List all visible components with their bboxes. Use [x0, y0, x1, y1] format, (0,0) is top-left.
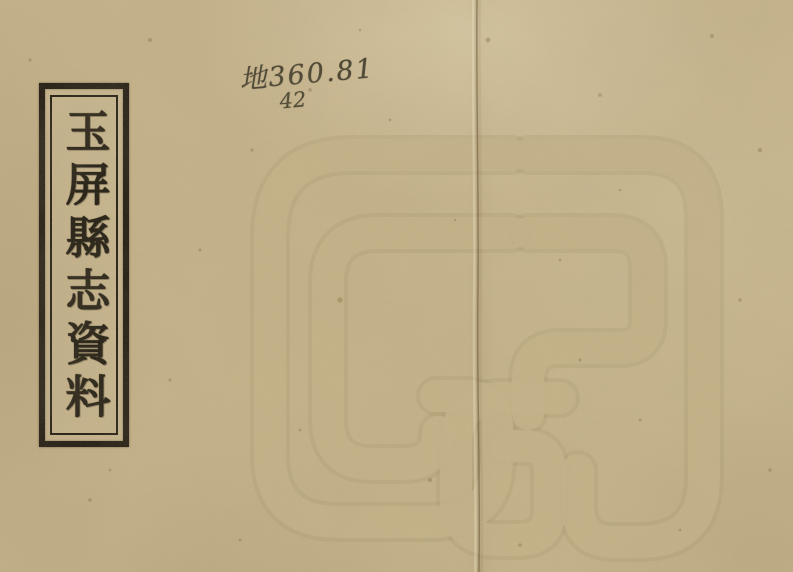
title-label-inner-border: 玉屏縣志資料: [50, 95, 118, 435]
watermark-bands: [270, 155, 704, 542]
scanned-book-cover: { "cover": { "label": { "text": "玉屏縣志資料"…: [0, 0, 793, 572]
handwritten-call-number: 地360.81 42: [238, 46, 378, 117]
calligraphy-title: 玉屏縣志資料: [62, 104, 107, 426]
title-label-frame: 玉屏縣志資料: [39, 83, 129, 447]
